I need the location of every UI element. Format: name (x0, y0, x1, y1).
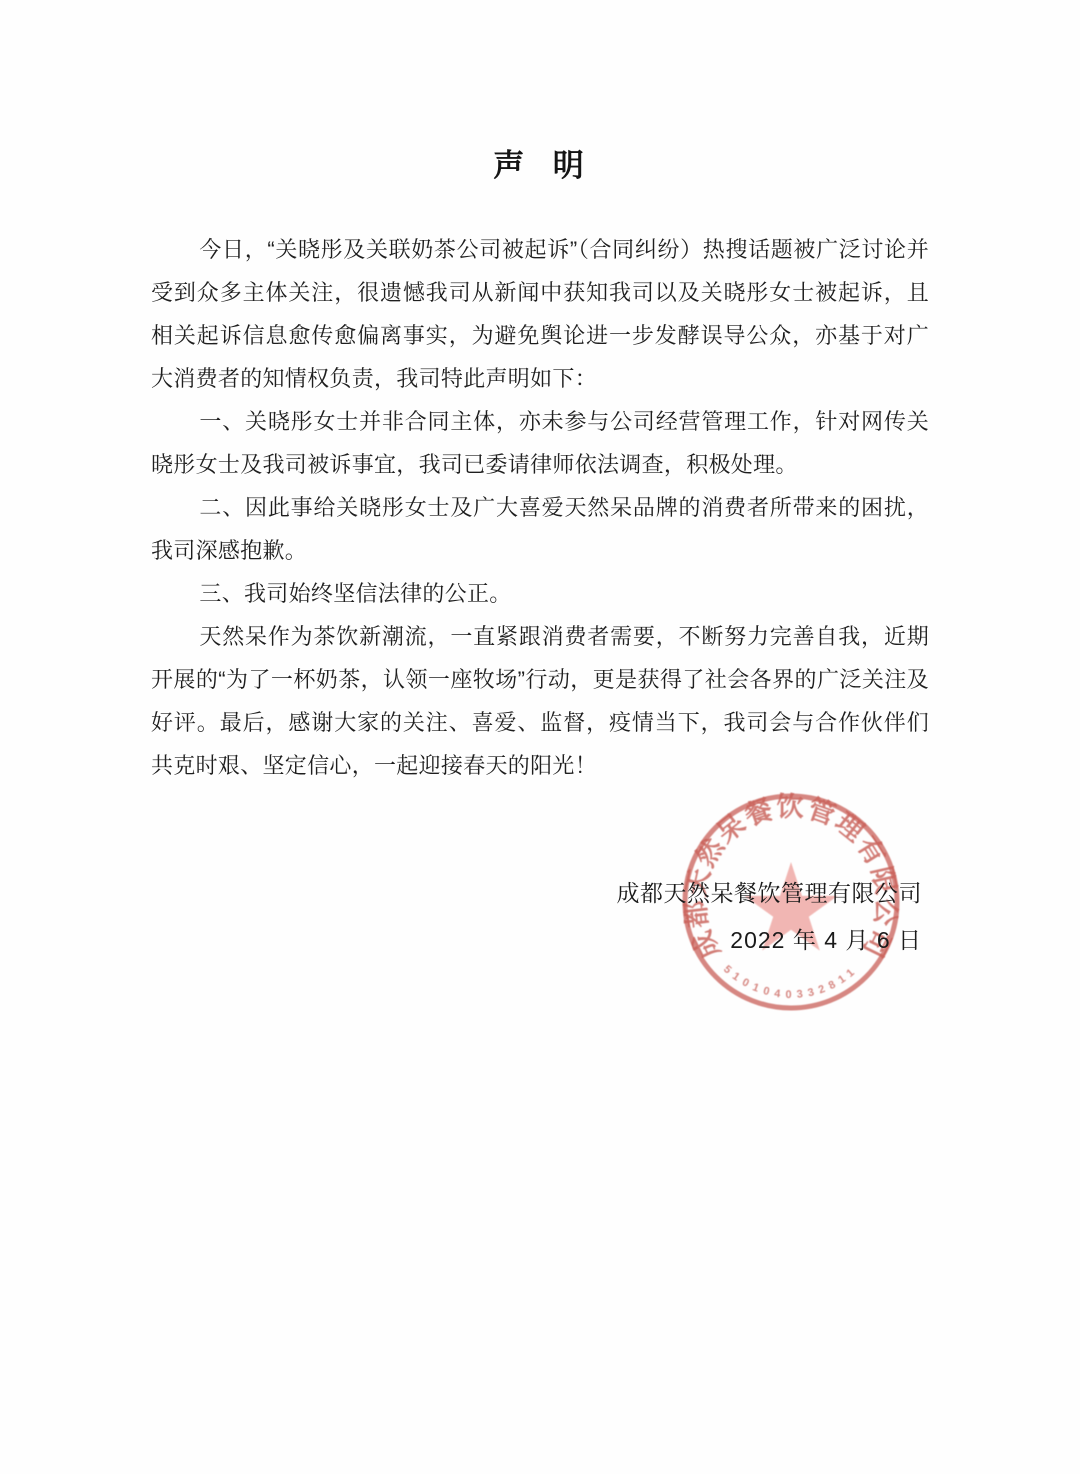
signature-block: 成都天然呆餐饮管理有限公司 2022 年 4 月 6 日 (617, 870, 923, 964)
signature-date: 2022 年 4 月 6 日 (617, 917, 923, 964)
statement-document-page: 声 明 今日，“关晓彤及关联奶茶公司被起诉”（合同纠纷）热搜话题被广泛讨论并受到… (0, 0, 1080, 1474)
paragraph: 天然呆作为茶饮新潮流，一直紧跟消费者需要，不断努力完善自我，近期开展的“为了一杯… (151, 615, 929, 787)
paragraph: 三、我司始终坚信法律的公正。 (151, 572, 929, 615)
signature-company-name: 成都天然呆餐饮管理有限公司 (617, 870, 923, 917)
document-title: 声 明 (0, 140, 1080, 185)
paragraph: 今日，“关晓彤及关联奶茶公司被起诉”（合同纠纷）热搜话题被广泛讨论并受到众多主体… (151, 228, 929, 400)
paragraph: 一、关晓彤女士并非合同主体，亦未参与公司经营管理工作，针对网传关晓彤女士及我司被… (151, 400, 929, 486)
paragraph: 二、因此事给关晓彤女士及广大喜爱天然呆品牌的消费者所带来的困扰，我司深感抱歉。 (151, 486, 929, 572)
statement-body: 今日，“关晓彤及关联奶茶公司被起诉”（合同纠纷）热搜话题被广泛讨论并受到众多主体… (151, 228, 929, 787)
